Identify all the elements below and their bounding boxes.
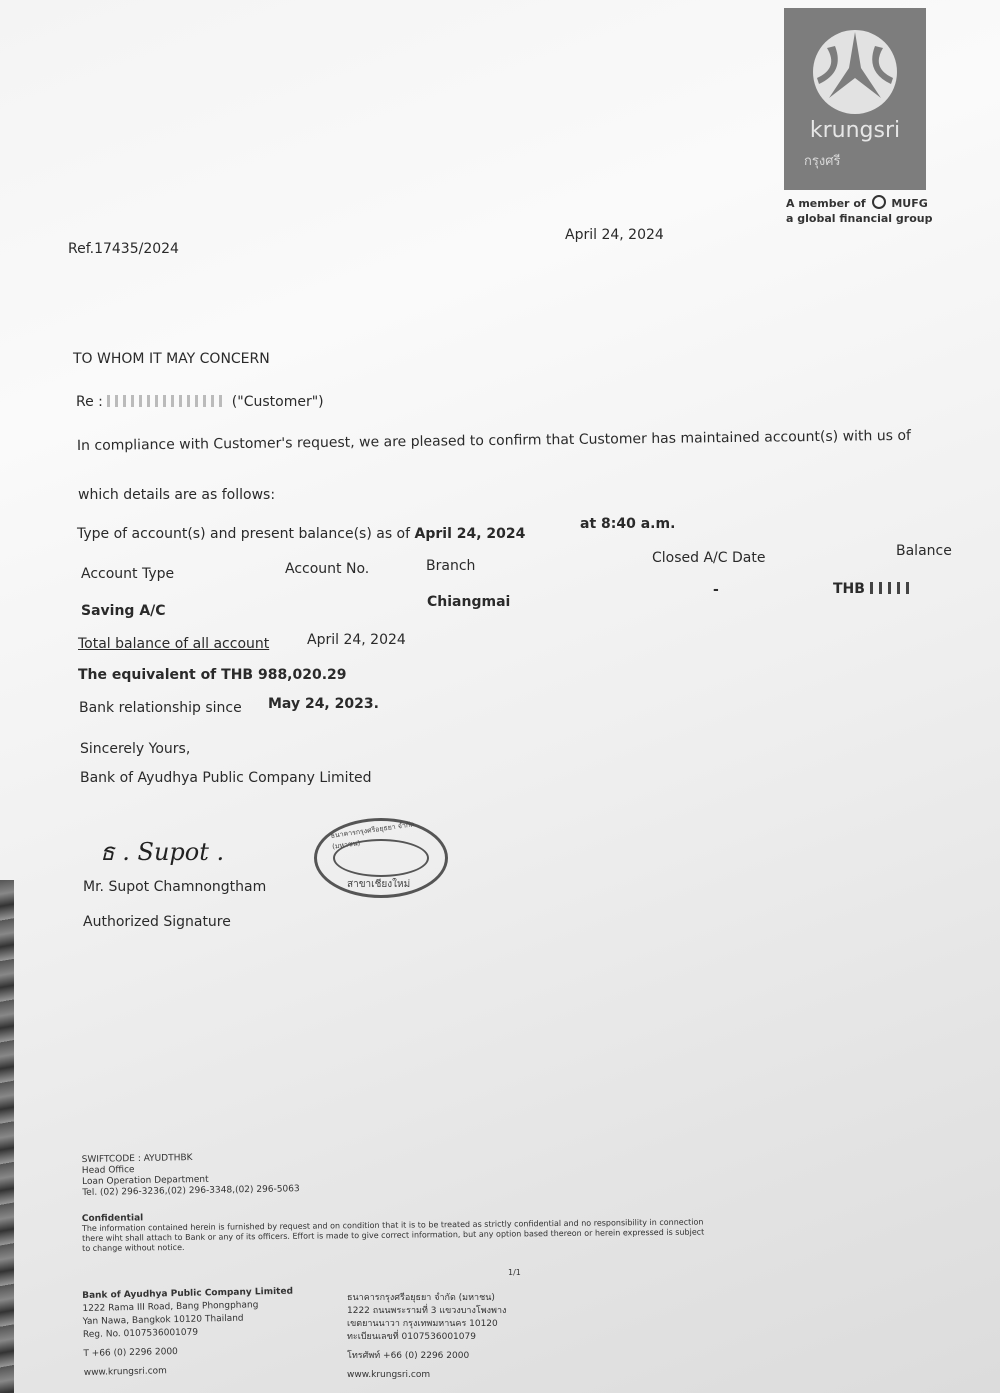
footer-website-en[interactable]: www.krungsri.com bbox=[84, 1363, 295, 1380]
footer-reg-th: ทะเบียนเลขที่ 0107536001079 bbox=[347, 1331, 506, 1344]
footer-address-th-1: 1222 ถนนพระรามที่ 3 แขวงบางโพงพาง bbox=[347, 1305, 506, 1318]
col-header-balance: Balance bbox=[896, 543, 952, 559]
row-balance: THB bbox=[833, 581, 910, 597]
row-closed-date: - bbox=[713, 582, 719, 598]
krungsri-logo: krungsri กรุงศรี bbox=[784, 8, 926, 190]
relationship-date: May 24, 2023. bbox=[268, 696, 379, 712]
stamp-bottom-text: สาขาเชียงใหม่ bbox=[347, 877, 410, 892]
mufg-icon bbox=[872, 195, 886, 209]
redacted-customer-name bbox=[107, 395, 227, 407]
type-line: Type of account(s) and present balance(s… bbox=[77, 526, 525, 542]
footer-address-th: ธนาคารกรุงศรีอยุธยา จำกัด (มหาชน) 1222 ถ… bbox=[347, 1292, 506, 1382]
col-header-closed-date: Closed A/C Date bbox=[652, 550, 765, 566]
closing-company: Bank of Ayudhya Public Company Limited bbox=[80, 770, 372, 786]
salutation: TO WHOM IT MAY CONCERN bbox=[73, 351, 270, 367]
krungsri-emblem-icon bbox=[809, 28, 901, 116]
total-balance-label: Total balance of all account bbox=[78, 636, 269, 652]
footer-address-en: Bank of Ayudhya Public Company Limited 1… bbox=[82, 1286, 295, 1380]
handwritten-signature: ธ . Supot . bbox=[100, 832, 224, 871]
footer-contact: SWIFTCODE : AYUDTHBK Head Office Loan Op… bbox=[82, 1151, 300, 1199]
col-header-account-no: Account No. bbox=[285, 561, 369, 577]
type-line-date: April 24, 2024 bbox=[415, 526, 526, 542]
col-header-branch: Branch bbox=[426, 558, 475, 574]
body-line-2: which details are as follows: bbox=[78, 487, 275, 503]
brand-name-thai: กรุงศรี bbox=[804, 150, 840, 171]
total-balance-date: April 24, 2024 bbox=[307, 632, 406, 648]
signer-title: Authorized Signature bbox=[83, 914, 231, 930]
footer-address-th-2: เขตยานนาวา กรุงเทพมหานคร 10120 bbox=[347, 1318, 506, 1331]
total-equivalent: The equivalent of THB 988,020.29 bbox=[78, 667, 347, 683]
brand-name: krungsri bbox=[784, 118, 926, 143]
background-edge bbox=[0, 880, 14, 1393]
mufg-label: MUFG bbox=[891, 197, 927, 210]
row-account-type: Saving A/C bbox=[81, 603, 166, 619]
reference-number: Ref.17435/2024 bbox=[68, 241, 179, 257]
re-label: Re : bbox=[76, 394, 103, 410]
signer-name: Mr. Supot Chamnongtham bbox=[83, 879, 266, 895]
mufg-membership: A member of MUFG a global financial grou… bbox=[786, 195, 932, 226]
re-line: Re : ("Customer") bbox=[76, 394, 324, 410]
footer-company-th: ธนาคารกรุงศรีอยุธยา จำกัด (มหาชน) bbox=[347, 1292, 506, 1305]
redacted-balance bbox=[870, 582, 910, 594]
closing-sincerely: Sincerely Yours, bbox=[80, 741, 190, 757]
bank-stamp: ธนาคารกรุงศรีอยุธยา จำกัด (มหาชน) สาขาเช… bbox=[314, 818, 448, 898]
confidential-notice: Confidential The information contained h… bbox=[82, 1207, 705, 1254]
stamp-inner-ring bbox=[333, 839, 429, 877]
row-branch: Chiangmai bbox=[427, 594, 510, 610]
page-number: 1/1 bbox=[508, 1268, 521, 1278]
body-line-1: In compliance with Customer's request, w… bbox=[77, 428, 911, 454]
re-suffix: ("Customer") bbox=[232, 394, 324, 410]
letter-date: April 24, 2024 bbox=[565, 227, 664, 243]
type-line-label: Type of account(s) and present balance(s… bbox=[77, 526, 410, 542]
footer-phone-en: T +66 (0) 2296 2000 bbox=[83, 1344, 294, 1361]
balance-currency: THB bbox=[833, 581, 865, 597]
department-phone: Tel. (02) 296-3236,(02) 296-3348,(02) 29… bbox=[82, 1184, 300, 1199]
type-line-time: at 8:40 a.m. bbox=[580, 516, 675, 532]
relationship-label: Bank relationship since bbox=[79, 700, 242, 716]
col-header-account-type: Account Type bbox=[81, 566, 174, 582]
footer-website-th[interactable]: www.krungsri.com bbox=[347, 1369, 506, 1382]
footer-phone-th: โทรศัพท์ +66 (0) 2296 2000 bbox=[347, 1350, 506, 1363]
mufg-tagline: a global financial group bbox=[786, 211, 932, 226]
member-line: A member of bbox=[786, 197, 866, 210]
